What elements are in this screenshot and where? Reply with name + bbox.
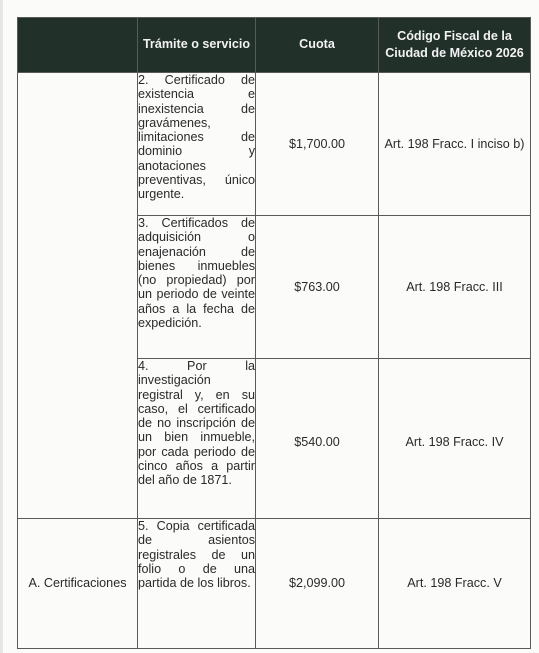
fee-cell: $540.00 — [256, 359, 379, 519]
fees-table: Trámite o servicio Cuota Código Fiscal d… — [17, 17, 531, 649]
header-fiscal-code: Código Fiscal de la Ciudad de México 202… — [379, 18, 531, 73]
fiscal-code-cell: Art. 198 Fracc. IV — [379, 359, 531, 519]
header-fee: Cuota — [256, 18, 379, 73]
fiscal-code-cell: Art. 198 Fracc. I inciso b) — [379, 73, 531, 216]
procedure-text: 4. Por la investigación registral y, en … — [138, 359, 255, 488]
table-row: A. Certificaciones 5. Copia certificada … — [18, 519, 531, 649]
header-concept — [18, 18, 138, 73]
header-procedure: Trámite o servicio — [138, 18, 256, 73]
procedure-cell: 3. Certificados de adquisición o enajena… — [138, 216, 256, 359]
procedure-cell: 5. Copia certificada de asientos registr… — [138, 519, 256, 649]
concept-cell: A. Certificaciones — [18, 519, 138, 649]
page-edge — [0, 0, 3, 653]
procedure-text: 3. Certificados de adquisición o enajena… — [138, 216, 255, 330]
fiscal-code-cell: Art. 198 Fracc. III — [379, 216, 531, 359]
fiscal-code-cell: Art. 198 Fracc. V — [379, 519, 531, 649]
header-row: Trámite o servicio Cuota Código Fiscal d… — [18, 18, 531, 73]
table-row: 2. Certificado de existencia e inexisten… — [18, 73, 531, 216]
procedure-cell: 2. Certificado de existencia e inexisten… — [138, 73, 256, 216]
fee-cell: $2,099.00 — [256, 519, 379, 649]
procedure-text: 5. Copia certificada de asientos registr… — [138, 519, 255, 590]
fee-cell: $763.00 — [256, 216, 379, 359]
procedure-cell: 4. Por la investigación registral y, en … — [138, 359, 256, 519]
procedure-text: 2. Certificado de existencia e inexisten… — [138, 73, 255, 202]
fee-cell: $1,700.00 — [256, 73, 379, 216]
concept-cell-merged — [18, 73, 138, 519]
